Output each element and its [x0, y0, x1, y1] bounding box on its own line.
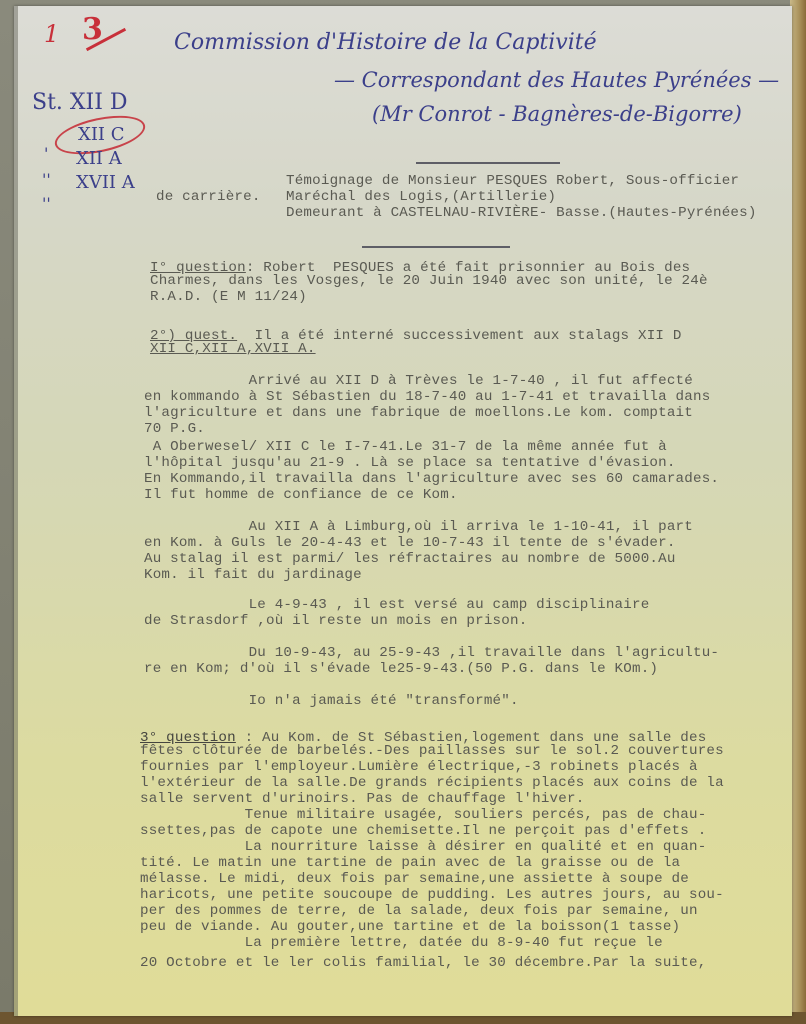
separator-bottom — [362, 246, 510, 248]
title-line-2: Maréchal des Logis,(Artillerie) — [286, 190, 556, 204]
para-1-line-1: Arrivé au XII D à Trèves le 1-7-40 , il … — [144, 374, 693, 388]
margin-stalag-4: XVII A — [76, 172, 135, 193]
page-number-old: 1 — [44, 20, 59, 48]
para-1-line-4: 70 P.G. — [144, 422, 205, 436]
question-3-line-6: Tenue militaire usagée, souliers percés,… — [140, 808, 706, 822]
para-5-line-1: Du 10-9-43, au 25-9-43 ,il travaille dan… — [144, 646, 719, 660]
para-5-line-2: re en Kom; d'où il s'évade le25-9-43.(50… — [144, 662, 658, 676]
separator-top — [416, 162, 560, 164]
para-2-line-1: A Oberwesel/ XII C le I-7-41.Le 31-7 de … — [144, 440, 667, 454]
question-1-line-2: Charmes, dans les Vosges, le 20 Juin 194… — [150, 274, 708, 288]
title-line-1: Témoignage de Monsieur PESQUES Robert, S… — [286, 174, 739, 188]
para-3-line-3: Au stalag il est parmi/ les réfractaires… — [144, 552, 676, 566]
folder-edge — [790, 0, 806, 1024]
question-3-line-3: fournies par l'employeur.Lumière électri… — [140, 760, 698, 774]
question-3-line-4: l'extérieur de la salle.De grands récipi… — [140, 776, 724, 790]
para-4-line-2: de Strasdorf ,où il reste un mois en pri… — [144, 614, 527, 628]
question-3-line-14: La première lettre, datée du 8-9-40 fut … — [140, 936, 663, 950]
question-3-line-8: La nourriture laisse à désirer en qualit… — [140, 840, 706, 854]
header-line-3: (Mr Conrot - Bagnères-de-Bigorre) — [372, 102, 742, 126]
para-3-line-4: Kom. il fait du jardinage — [144, 568, 362, 582]
title-line-2-prefix: de carrière. — [156, 190, 261, 204]
margin-stalag-1: St. XII D — [32, 90, 128, 115]
para-1-line-3: l'agriculture et dans une fabrique de mo… — [144, 406, 693, 420]
para-3-line-1: Au XII A à Limburg,où il arriva le 1-10-… — [144, 520, 693, 534]
question-3-line-7: ssettes,pas de capote une chemisette.Il … — [140, 824, 706, 838]
question-2-line-2: XII C,XII A,XVII A. — [150, 342, 316, 356]
header-line-1: Commission d'Histoire de la Captivité — [174, 30, 597, 55]
question-3-line-13: peu de viande. Au gouter,une tartine et … — [140, 920, 680, 934]
para-4-line-1: Le 4-9-43 , il est versé au camp discipl… — [144, 598, 649, 612]
question-3-line-12: per des pommes de terre, de la salade, d… — [140, 904, 698, 918]
document-page: 1 3 Commission d'Histoire de la Captivit… — [14, 6, 792, 1016]
ditto-mark-2: '' — [42, 170, 51, 189]
question-3-line-11: haricots, une petite soucoupe de pudding… — [140, 888, 724, 902]
question-3-line-10: mélasse. Le midi, deux fois par semaine,… — [140, 872, 689, 886]
question-3-line-15: 20 Octobre et le ler colis familial, le … — [140, 956, 706, 970]
question-3-line-9: tité. Le matin une tartine de pain avec … — [140, 856, 680, 870]
question-1-line-3: R.A.D. (E M 11/24) — [150, 290, 307, 304]
question-3-line-5: salle servent d'urinoirs. Pas de chauffa… — [140, 792, 584, 806]
ditto-mark-3: '' — [42, 194, 51, 213]
title-line-3: Demeurant à CASTELNAU-RIVIÈRE- Basse.(Ha… — [286, 206, 757, 220]
para-2-line-4: Il fut homme de confiance de ce Kom. — [144, 488, 458, 502]
ditto-mark-1: ' — [44, 144, 48, 163]
margin-stalag-3: XII A — [76, 148, 122, 169]
page-edge-shadow — [14, 6, 18, 1016]
question-3-line-2: fêtes clôturée de barbelés.-Des paillass… — [140, 744, 724, 758]
para-6-line-1: Io n'a jamais été "transformé". — [144, 694, 519, 708]
header-line-2: — Correspondant des Hautes Pyrénées — — [334, 68, 779, 92]
para-3-line-2: en Kom. à Guls le 20-4-43 et le 10-7-43 … — [144, 536, 676, 550]
para-2-line-3: En Kommando,il travailla dans l'agricult… — [144, 472, 719, 486]
para-1-line-2: en kommando à St Sébastien du 18-7-40 au… — [144, 390, 710, 404]
para-2-line-2: l'hôpital jusqu'au 21-9 . Là se place sa… — [144, 456, 676, 470]
